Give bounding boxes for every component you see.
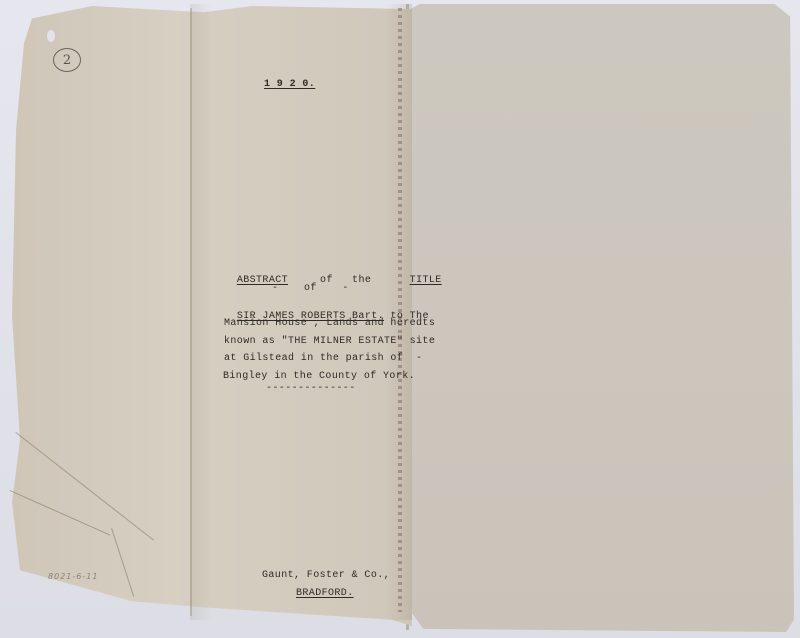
right-blank-page [408,4,794,632]
pencil-reference-number: 8021-6-11 [48,572,98,581]
separator-line: -------------- [266,384,356,394]
title-title: TITLE [410,275,442,286]
firm-city: BRADFORD. [296,589,354,599]
body-line: Mansion House , Lands and heredts [224,319,435,329]
body-line: Bingley in the County of York. [223,372,415,382]
of-line: - of - [272,284,349,294]
circled-number-text: 2 [63,53,71,68]
fold-crease-left [190,8,192,616]
punched-hole [47,30,55,42]
body-line: known as "THE MILNER ESTATE" site [224,337,435,347]
document-year: 1 9 2 0. [264,80,315,90]
firm-name: Gaunt, Foster & Co., [262,571,390,581]
circled-page-number: 2 [53,48,81,72]
body-line: at Gilstead in the parish of - [224,354,422,364]
